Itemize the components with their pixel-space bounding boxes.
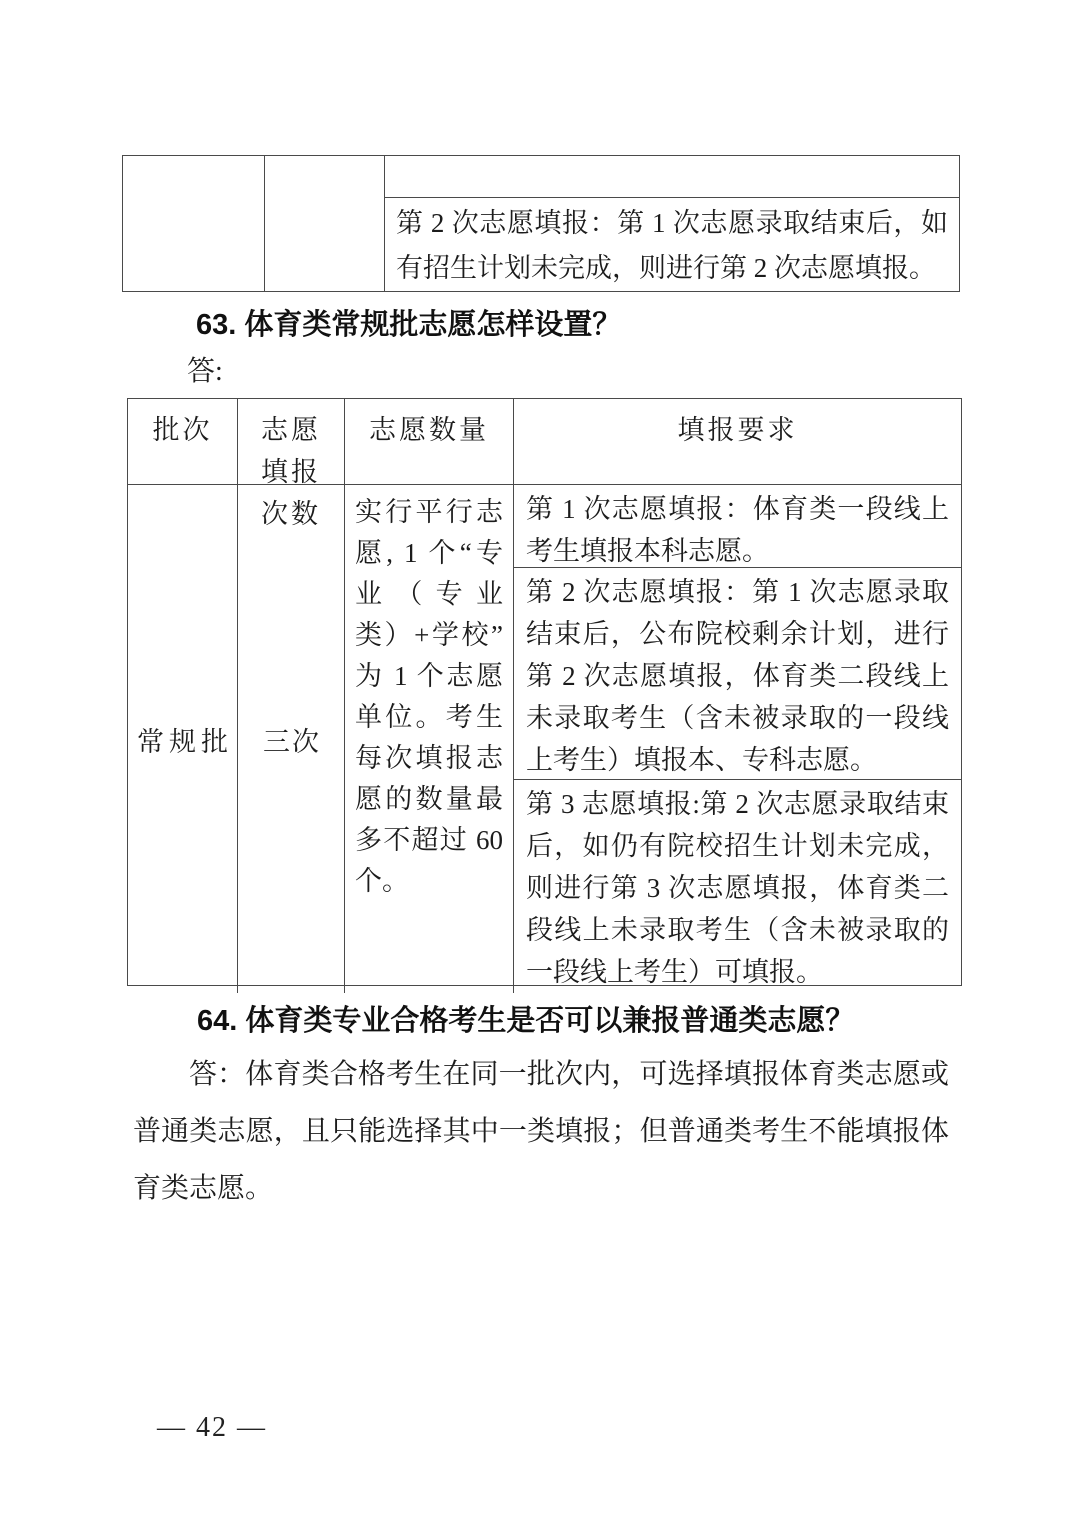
page-number: — 42 — <box>157 1412 267 1444</box>
header-cell-times: 志愿填报次数 <box>238 399 345 484</box>
table-fragment-previous-page: 第 2 次志愿填报：第 1 次志愿录取结束后，如有招生计划未完成，则进行第 2 … <box>122 155 960 292</box>
header-cell-requirement: 填报要求 <box>514 399 961 484</box>
question-64-answer: 答：体育类合格考生在同一批次内，可选择填报体育类志愿或普通类志愿，且只能选择其中… <box>133 1046 949 1217</box>
cell-times: 三次 <box>238 485 345 993</box>
q63-table-body-row: 常规批 三次 实行平行志愿, 1 个“专业（专业类）+学校”为 1 个志愿单位。… <box>128 485 961 993</box>
requirement-item-2: 第 2 次志愿填报：第 1 次志愿录取结束后，公布院校剩余计划，进行第 2 次志… <box>514 568 961 780</box>
fragment-cell-requirements: 第 2 次志愿填报：第 1 次志愿录取结束后，如有招生计划未完成，则进行第 2 … <box>385 156 959 291</box>
cell-quantity: 实行平行志愿, 1 个“专业（专业类）+学校”为 1 个志愿单位。考生每次填报志… <box>345 485 514 993</box>
header-cell-batch: 批次 <box>128 399 238 484</box>
cell-requirements: 第 1 次志愿填报：体育类一段线上考生填报本科志愿。 第 2 次志愿填报：第 1… <box>514 485 961 993</box>
question-63-heading: 63. 体育类常规批志愿怎样设置？ <box>196 306 621 344</box>
q63-table-header-row: 批次 志愿填报次数 志愿数量 填报要求 <box>128 399 961 485</box>
question-63-answer-label: 答: <box>187 354 223 390</box>
fragment-requirement-row-empty <box>385 156 959 198</box>
fragment-requirement-row-text: 第 2 次志愿填报：第 1 次志愿录取结束后，如有招生计划未完成，则进行第 2 … <box>385 198 959 291</box>
document-page: 第 2 次志愿填报：第 1 次志愿录取结束后，如有招生计划未完成，则进行第 2 … <box>0 0 1080 1528</box>
requirement-item-3: 第 3 志愿填报:第 2 次志愿录取结束后，如仍有院校招生计划未完成，则进行第 … <box>514 780 961 993</box>
fragment-cell-batch <box>123 156 265 291</box>
cell-batch: 常规批 <box>128 485 238 993</box>
header-cell-quantity: 志愿数量 <box>345 399 514 484</box>
requirement-item-1: 第 1 次志愿填报：体育类一段线上考生填报本科志愿。 <box>514 485 961 568</box>
fragment-cell-times <box>265 156 385 291</box>
question-64-heading: 64. 体育类专业合格考生是否可以兼报普通类志愿？ <box>197 1002 854 1040</box>
q63-table: 批次 志愿填报次数 志愿数量 填报要求 常规批 三次 实行平行志愿, 1 个“专… <box>127 398 962 986</box>
